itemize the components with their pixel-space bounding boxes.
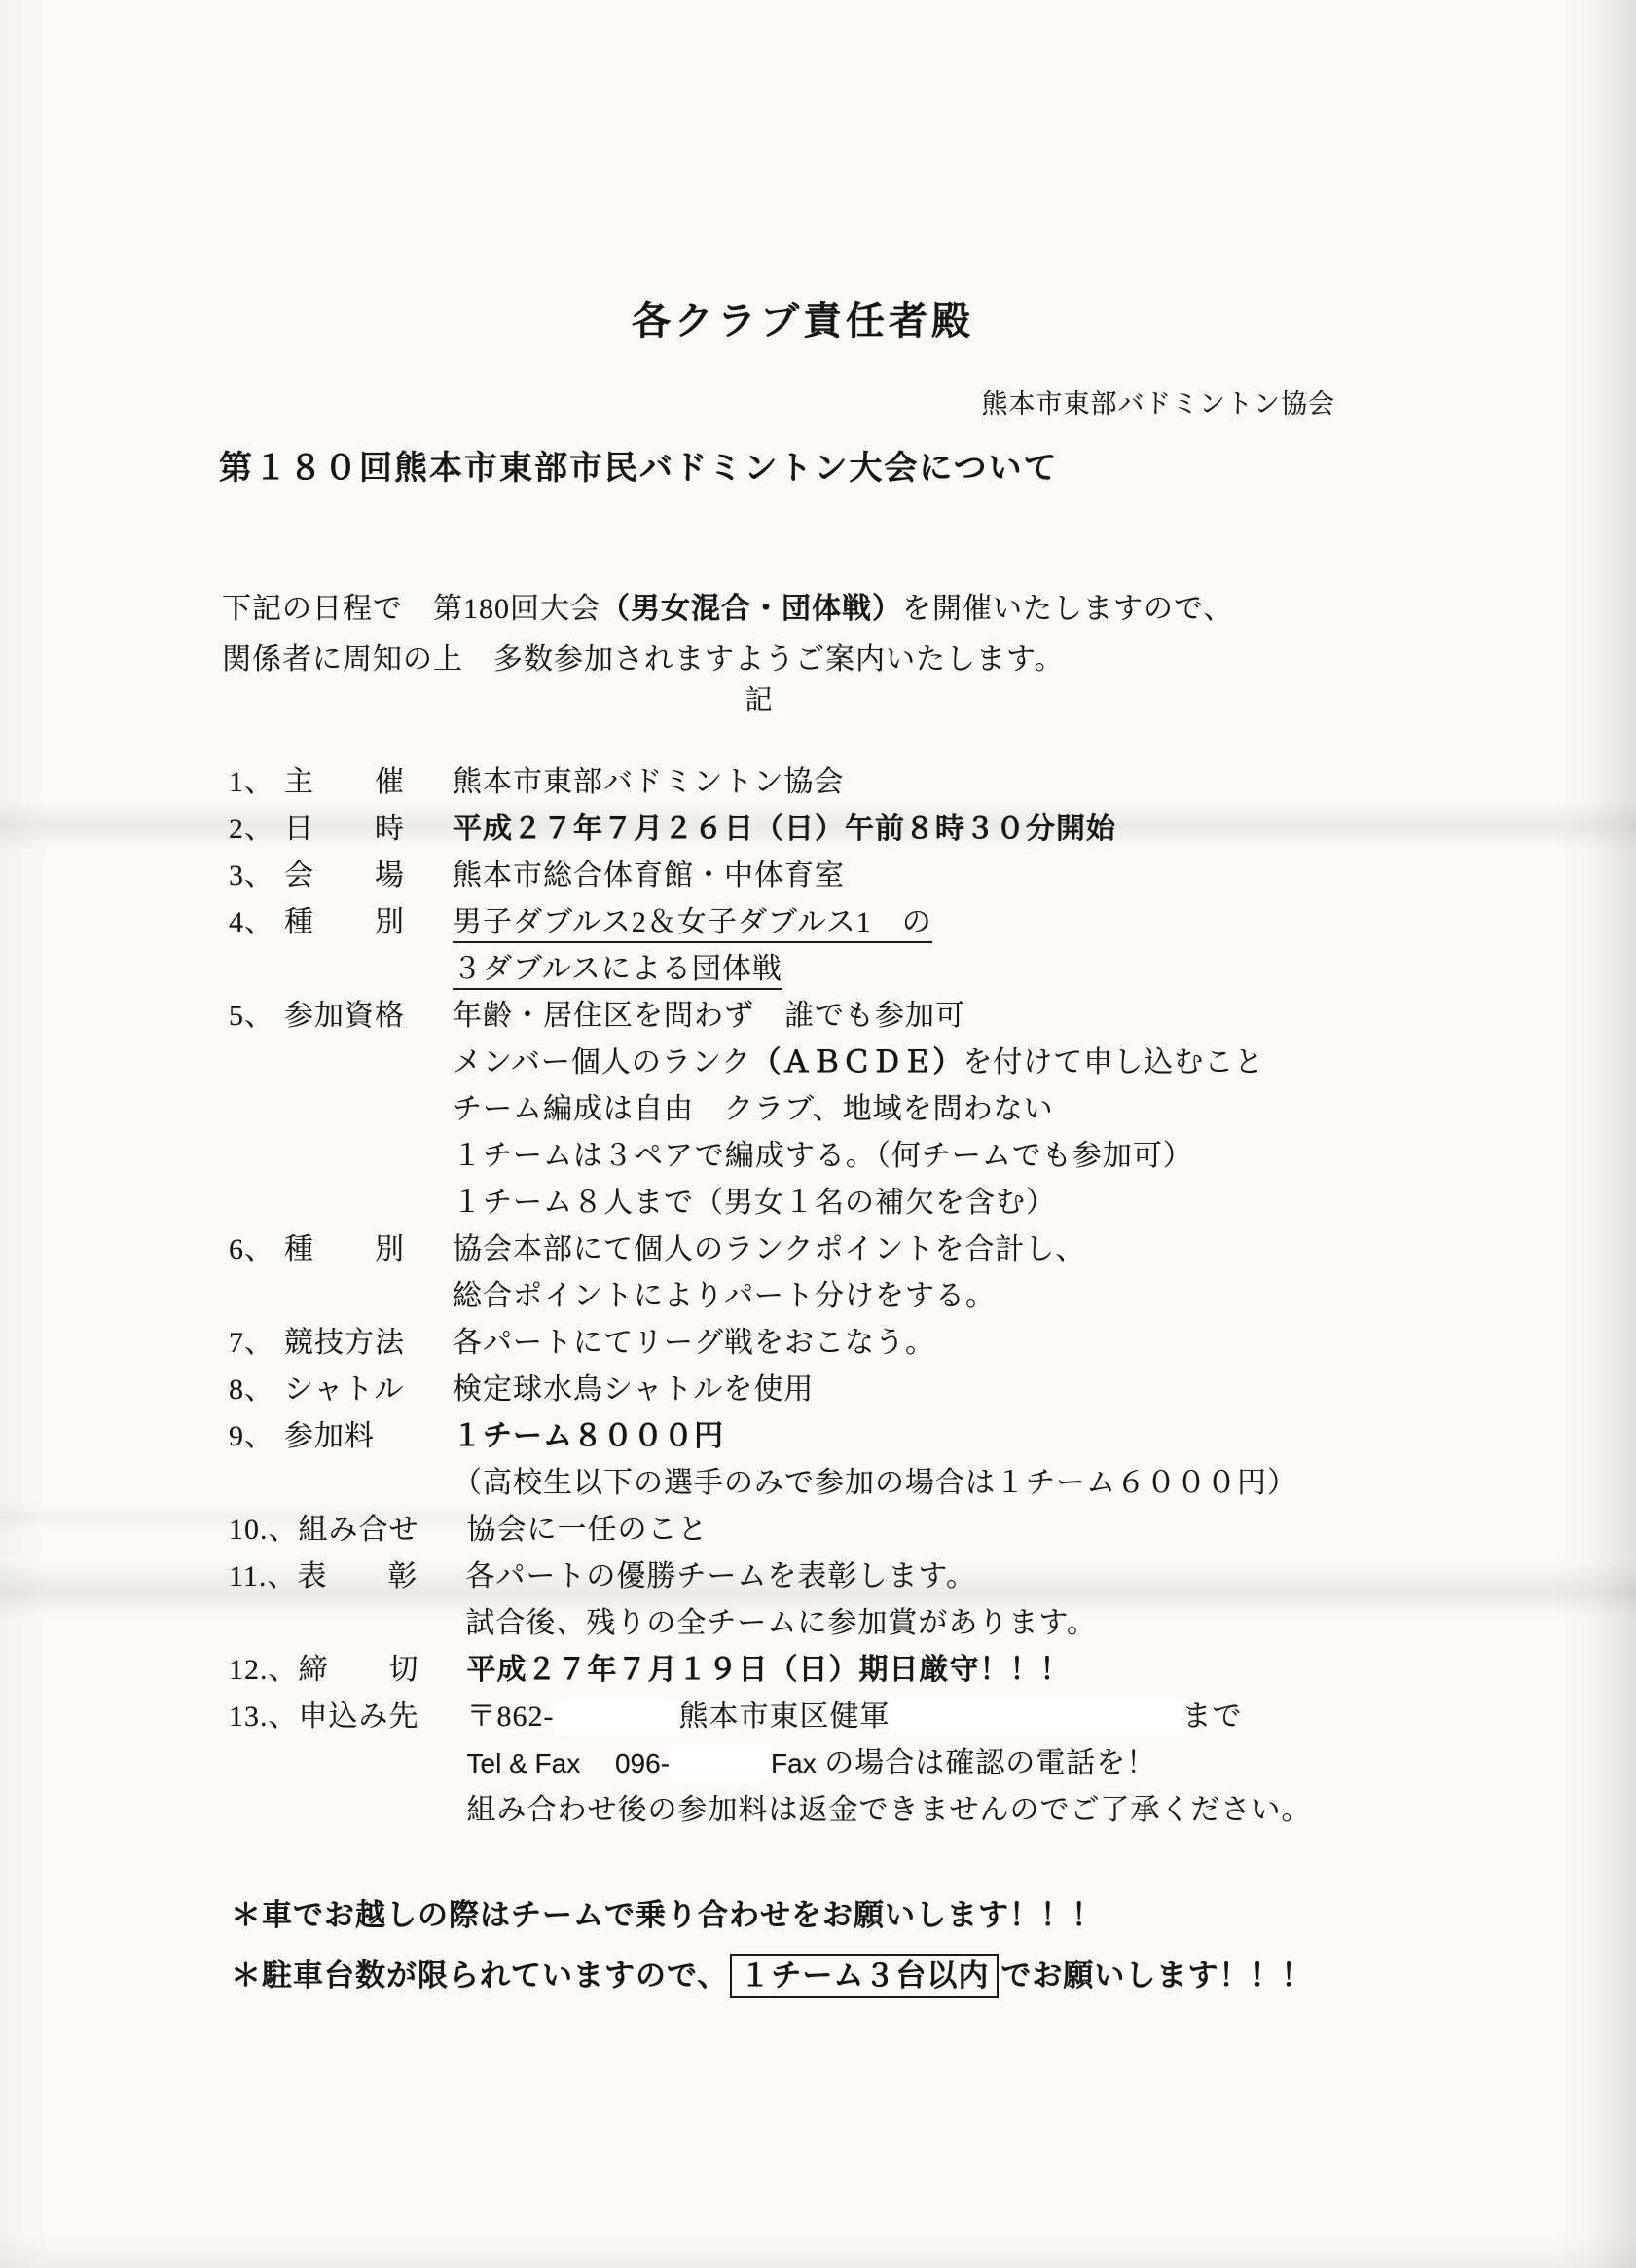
item-label: 日 時 — [284, 806, 453, 853]
item-number: 9、 — [229, 1413, 284, 1460]
intro-line2: 関係者に周知の上 多数参加されますようご案内いたします。 — [222, 643, 1065, 676]
list-item-6: 6、 種 別 協会本部にて個人のランクポイントを合計し、 総合ポイントによりパー… — [229, 1226, 1533, 1320]
intro-line1-bold: （男女混合・団体戦） — [600, 593, 902, 625]
item-number: 2、 — [229, 806, 284, 853]
content-line: （高校生以下の選手のみで参加の場合は１チーム６０００円） — [453, 1460, 1533, 1507]
item-label: 参加料 — [284, 1413, 453, 1460]
item-content: 年齢・居住区を問わず 誰でも参加可 メンバー個人のランク（ＡＢＣＤＥ）を付けて申… — [453, 993, 1533, 1226]
content-line: 総合ポイントによりパート分けをする。 — [453, 1273, 1533, 1320]
content-line: 男子ダブルス2＆女子ダブルス1 の — [453, 899, 1533, 946]
list-item-9: 9、 参加料 １チーム８０００円 （高校生以下の選手のみで参加の場合は１チーム６… — [229, 1413, 1533, 1507]
rank-text-post: を付けて申し込むこと — [963, 1046, 1264, 1079]
list-item-1: 1、 主 催 熊本市東部バドミントン協会 — [229, 759, 1533, 806]
item-number: 12.、 — [229, 1647, 299, 1694]
content-line: 熊本市総合体育館・中体育室 — [453, 853, 1533, 899]
list-item-13: 13.、 申込み先 〒862-熊本市東区健軍まで Tel & Fax 096-F… — [229, 1694, 1533, 1834]
list-item-7: 7、 競技方法 各パートにてリーグ戦をおこなう。 — [229, 1320, 1533, 1367]
fax-note: の場合は確認の電話を！ — [817, 1747, 1157, 1779]
item-label: 会 場 — [284, 853, 453, 899]
redaction-box — [891, 1699, 1182, 1734]
underlined-text: 男子ダブルス2＆女子ダブルス1 の — [453, 906, 932, 943]
organization-name: 熊本市東部バドミントン協会 — [0, 383, 1335, 421]
item-number: 10.、 — [229, 1507, 299, 1554]
item-content: 男子ダブルス2＆女子ダブルス1 の ３ダブルスによる団体戦 — [453, 899, 1533, 993]
item-number: 11.、 — [229, 1554, 297, 1600]
item-content: １チーム８０００円 （高校生以下の選手のみで参加の場合は１チーム６０００円） — [453, 1413, 1533, 1507]
item-label: 主 催 — [284, 759, 453, 806]
content-line: 組み合わせ後の参加料は返金できませんのでご了承ください。 — [467, 1787, 1534, 1834]
item-label: 種 別 — [284, 899, 453, 946]
ki-marker: 記 — [0, 678, 1518, 717]
item-content: 熊本市総合体育館・中体育室 — [453, 853, 1533, 899]
content-line: 平成２７年７月１９日（日）期日厳守！！！ — [467, 1647, 1534, 1694]
footer-note-parking: ＊駐車台数が限られていますので、１チーム３台以内でお願いします！！！ — [231, 1951, 1312, 1998]
recipient-title: 各クラブ責任者殿 — [0, 290, 1606, 346]
content-line: 協会に一任のこと — [467, 1507, 1534, 1554]
item-label: シャトル — [284, 1367, 453, 1413]
item-label: 組み合せ — [299, 1507, 467, 1554]
content-line: １チーム８人まで（男女１名の補欠を含む） — [453, 1180, 1533, 1226]
item-number: 5、 — [229, 993, 284, 1040]
content-line: 協会本部にて個人のランクポイントを合計し、 — [453, 1226, 1533, 1273]
item-label: 種 別 — [284, 1226, 453, 1273]
item-number: 4、 — [229, 899, 284, 946]
item-number: 13.、 — [229, 1694, 299, 1740]
item-content: 各パートの優勝チームを表彰します。 試合後、残りの全チームに参加賞があります。 — [465, 1554, 1533, 1647]
list-item-2: 2、 日 時 平成２７年７月２６日（日）午前８時３０分開始 — [229, 806, 1533, 853]
item-number: 8、 — [229, 1367, 284, 1413]
item-content: 検定球水鳥シャトルを使用 — [453, 1367, 1533, 1413]
item-label: 参加資格 — [284, 993, 453, 1040]
item-content: 協会本部にて個人のランクポイントを合計し、 総合ポイントによりパート分けをする。 — [453, 1226, 1533, 1320]
postal-code: 〒862- — [467, 1701, 555, 1733]
parking-note-pre: ＊駐車台数が限られていますので、 — [231, 1958, 728, 1993]
redaction-box — [670, 1745, 771, 1780]
tel-fax-label: Tel & Fax 096- — [467, 1748, 671, 1778]
content-line: 各パートにてリーグ戦をおこなう。 — [453, 1320, 1533, 1367]
item-content: 〒862-熊本市東区健軍まで Tel & Fax 096-Fax の場合は確認の… — [467, 1694, 1534, 1834]
list-item-3: 3、 会 場 熊本市総合体育館・中体育室 — [229, 853, 1533, 899]
intro-paragraph: 下記の日程で 第180回大会（男女混合・団体戦）を開催いたしますので、関係者に周… — [222, 584, 1390, 685]
list-item-11: 11.、 表 彰 各パートの優勝チームを表彰します。 試合後、残りの全チームに参… — [229, 1554, 1533, 1647]
boxed-text: １チーム３台以内 — [730, 1954, 999, 1998]
content-line: 平成２７年７月２６日（日）午前８時３０分開始 — [453, 806, 1533, 853]
item-content: 協会に一任のこと — [467, 1507, 1534, 1554]
content-line: ３ダブルスによる団体戦 — [453, 946, 1533, 993]
item-content: 平成２７年７月２６日（日）午前８時３０分開始 — [453, 806, 1533, 853]
list-item-8: 8、 シャトル 検定球水鳥シャトルを使用 — [229, 1367, 1533, 1413]
item-number: 7、 — [229, 1320, 284, 1367]
content-line: Tel & Fax 096-Fax の場合は確認の電話を！ — [467, 1740, 1534, 1787]
content-line: 熊本市東部バドミントン協会 — [453, 759, 1533, 806]
item-number: 1、 — [229, 759, 284, 806]
content-line: １チームは３ペアで編成する。（何チームでも参加可） — [453, 1133, 1533, 1180]
parking-note-post: でお願いします！！！ — [1000, 1958, 1312, 1993]
address-suffix: まで — [1182, 1701, 1243, 1733]
underlined-text: ３ダブルスによる団体戦 — [453, 953, 782, 990]
content-line: 年齢・居住区を問わず 誰でも参加可 — [453, 993, 1533, 1040]
item-label: 申込み先 — [299, 1694, 467, 1740]
content-line: 検定球水鳥シャトルを使用 — [453, 1367, 1533, 1413]
scanned-document-page: 各クラブ責任者殿 熊本市東部バドミントン協会 第１８０回熊本市東部市民バドミント… — [0, 0, 1636, 2268]
list-item-4: 4、 種 別 男子ダブルス2＆女子ダブルス1 の ３ダブルスによる団体戦 — [229, 899, 1533, 993]
items-list: 1、 主 催 熊本市東部バドミントン協会 2、 日 時 平成２７年７月２６日（日… — [229, 759, 1533, 1834]
footer-note-carpool: ＊車でお越しの際はチームで乗り合わせをお願いします！！！ — [231, 1890, 1103, 1934]
fax-word: Fax — [771, 1748, 817, 1778]
list-item-5: 5、 参加資格 年齢・居住区を問わず 誰でも参加可 メンバー個人のランク（ＡＢＣ… — [229, 993, 1533, 1226]
item-number: 6、 — [229, 1226, 284, 1273]
intro-line1-post: を開催いたしますので、 — [902, 593, 1233, 625]
content-line: 試合後、残りの全チームに参加賞があります。 — [465, 1600, 1533, 1647]
rank-letters: （ＡＢＣＤＥ） — [751, 1046, 963, 1079]
content-line: １チーム８０００円 — [453, 1413, 1533, 1460]
document-subject: 第１８０回熊本市東部市民バドミントン大会について — [219, 441, 1059, 489]
content-line: メンバー個人のランク（ＡＢＣＤＥ）を付けて申し込むこと — [453, 1040, 1533, 1086]
list-item-10: 10.、 組み合せ 協会に一任のこと — [229, 1507, 1533, 1554]
list-item-12: 12.、 締 切 平成２７年７月１９日（日）期日厳守！！！ — [229, 1647, 1533, 1694]
content-line: 各パートの優勝チームを表彰します。 — [465, 1554, 1533, 1600]
content-line: チーム編成は自由 クラブ、地域を問わない — [453, 1086, 1533, 1133]
item-label: 表 彰 — [297, 1554, 465, 1600]
address-text: 熊本市東区健軍 — [679, 1701, 891, 1733]
intro-line1-pre: 下記の日程で 第180回大会 — [222, 593, 600, 625]
scan-edge-shadow — [0, 2233, 1636, 2268]
item-label: 締 切 — [299, 1647, 467, 1694]
content-line: 〒862-熊本市東区健軍まで — [467, 1694, 1534, 1740]
item-content: 熊本市東部バドミントン協会 — [453, 759, 1533, 806]
item-content: 平成２７年７月１９日（日）期日厳守！！！ — [467, 1647, 1534, 1694]
redaction-box — [555, 1699, 679, 1734]
item-label: 競技方法 — [284, 1320, 453, 1367]
item-number: 3、 — [229, 853, 284, 899]
rank-text-pre: メンバー個人のランク — [453, 1046, 751, 1079]
item-content: 各パートにてリーグ戦をおこなう。 — [453, 1320, 1533, 1367]
